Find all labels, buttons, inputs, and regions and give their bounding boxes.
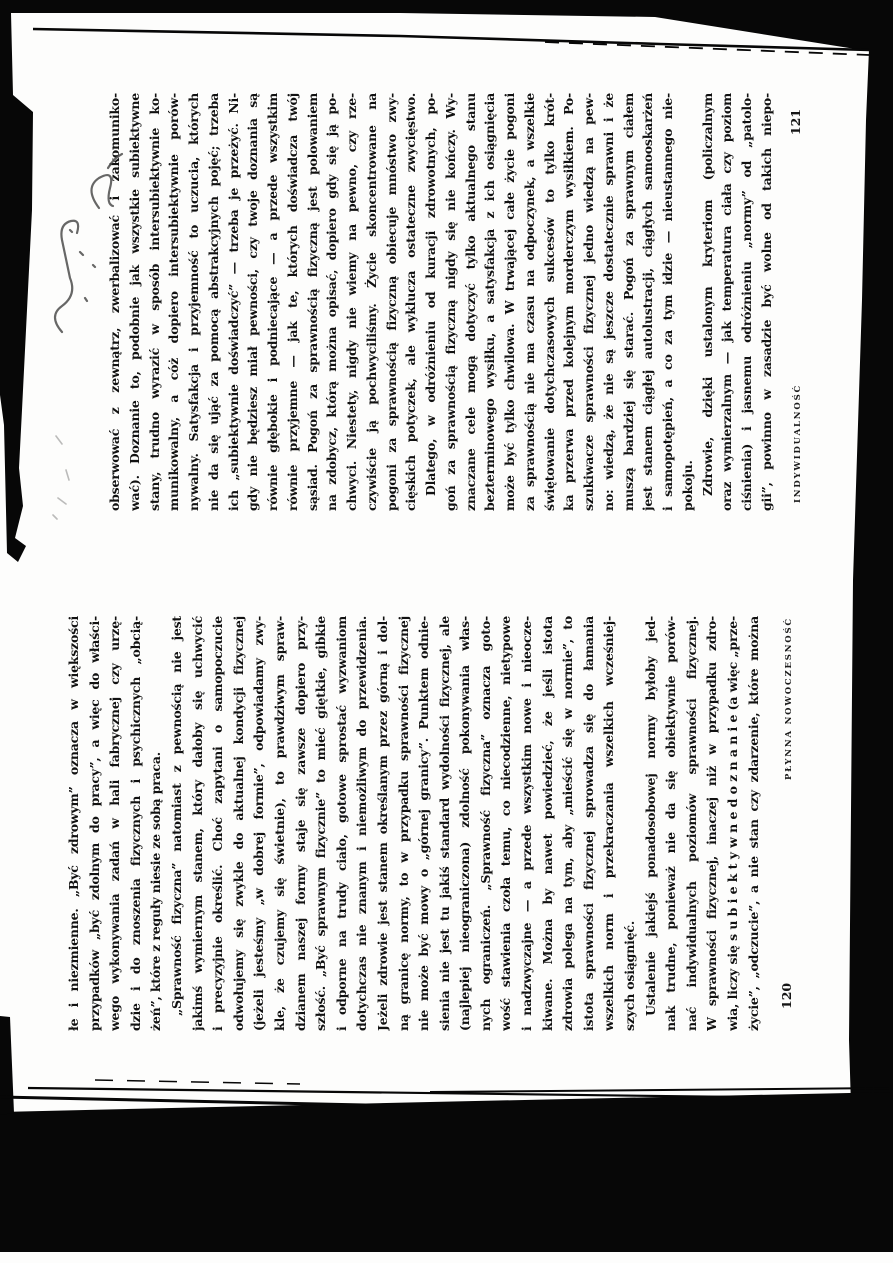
text-line: wego wykonywania zadań w hali fabrycznej… [105, 616, 126, 1031]
text-line: chwyci. Niestety, nigdy nie wiemy na pew… [342, 93, 362, 511]
text-line: stany, trudno wyrazić w sposób intersubi… [145, 93, 165, 511]
text-line: wia, liczy się s u b i e k t y w n e d o… [723, 616, 744, 1031]
text-line: jakimś wymiernym stanem, który dałoby si… [188, 616, 209, 1031]
page-120-footer: 120 PŁYNNA NOWOCZESNOŚĆ [779, 616, 794, 1031]
page-121-text-column: obserwować z zewnątrz, zwerbalizować i z… [105, 93, 777, 511]
text-line: Ustalenie jakiejś ponadosobowej normy by… [641, 616, 662, 1031]
text-line: ka przerwa przed kolejnym morderczym wys… [559, 93, 579, 511]
text-line: na zdobycz, którą można opisać, dopiero … [322, 93, 342, 511]
text-line: wać). Doznanie to, podobnie jak wszystki… [125, 93, 145, 511]
text-line: sąsiad. Pogoń za sprawnością fizyczną je… [303, 93, 323, 511]
text-line: może być tylko chwilowa. W trwającej cał… [500, 93, 520, 511]
text-line: równie przyjemne — jak te, których doświ… [283, 93, 303, 511]
text-line: gdy nie będziesz miał pewności, czy twoj… [243, 93, 263, 511]
running-head: INDYWIDUALNOŚĆ [793, 384, 803, 503]
page-edge-line-top [33, 29, 869, 50]
scan-border-left [0, 13, 33, 562]
text-line: nywalny. Satysfakcja i przyjemność to uc… [184, 93, 204, 511]
page-120: łe i niezmienne. „Być zdrowym” oznacza w… [64, 616, 809, 1031]
text-line: pokoju. [678, 93, 698, 511]
page-number: 120 [779, 983, 794, 1009]
running-head: PŁYNNA NOWOCZESNOŚĆ [784, 617, 794, 780]
text-line: nie da się ująć za pomocą abstrakcyjnych… [204, 93, 224, 511]
text-line: cięskich potyczek, ale wyklucza ostatecz… [401, 93, 421, 511]
text-line: Zdrowie, dzięki ustalonym kryteriom (pol… [698, 93, 718, 511]
text-line: „Sprawność fizyczna” natomiast z pewnośc… [167, 616, 188, 1031]
text-line: łe i niezmienne. „Być zdrowym” oznacza w… [64, 616, 85, 1031]
book-scan-page: obserwować z zewnątrz, zwerbalizować i z… [0, 0, 893, 1263]
text-line: obserwować z zewnątrz, zwerbalizować i z… [105, 93, 125, 511]
scan-border-top [0, 0, 893, 55]
text-line: ną granicę normy, to w przypadku sprawno… [394, 616, 415, 1031]
text-line: przypadków „być zdolnym do pracy”, a wię… [85, 616, 106, 1031]
text-line: za sprawnością nie ma czasu na odpoczyne… [520, 93, 540, 511]
text-line: kle, że czujemy się świetnie), to prawdz… [270, 616, 291, 1031]
text-line: świętowanie dotychczasowych sukcesów to … [540, 93, 560, 511]
text-line: kiwane. Można by nawet powiedzieć, że je… [538, 616, 559, 1031]
text-line: no: wiedzą, że nie są jeszcze dostateczn… [599, 93, 619, 511]
page-edge-line-bottom-2 [0, 1097, 365, 1105]
text-line: istota sprawności fizycznej sprowadza si… [579, 616, 600, 1031]
page-number: 121 [788, 109, 803, 135]
text-line: szych osiągnięć. [620, 616, 641, 1031]
text-line: i odporne na trudy ciało, gotowe sprosta… [332, 616, 353, 1031]
text-line: muszą bardziej się starać. Pogoń za spra… [619, 93, 639, 511]
text-line: munikowalny, a cóż dopiero intersubiekty… [164, 93, 184, 511]
text-line: Dlatego, w odróżnieniu od kuracji zdrowo… [421, 93, 441, 511]
text-line: żeń”, które z reguły niesie ze sobą prac… [146, 616, 167, 1031]
text-line: wszelkich norm i przekraczania wszelkich… [599, 616, 620, 1031]
text-line: ich „subiektywnie doświadczyć” — trzeba … [224, 93, 244, 511]
scan-border-bottom-left [0, 1016, 14, 1115]
text-line: oraz wymierzalnym — jak temperatura ciał… [717, 93, 737, 511]
text-line: życie”, „odczucie”, a nie stan czy zdarz… [744, 616, 765, 1031]
scan-border-bottom [0, 1092, 893, 1252]
scan-border-right [849, 50, 893, 1106]
text-line: dzianem naszej formy staje się zawsze do… [291, 616, 312, 1031]
text-line: sienia nie jest tu jakiś standard wydoln… [435, 616, 456, 1031]
text-line: zdrowia polega na tym, aby „mieścić się … [558, 616, 579, 1031]
text-line: szłość. „Być sprawnym fizycznie” to mieć… [311, 616, 332, 1031]
text-line: dzie i do znoszenia fizycznych i psychic… [126, 616, 147, 1031]
text-line: odwołujemy się zwykle do aktualnej kondy… [229, 616, 250, 1031]
page-edge-line-top-2 [545, 42, 869, 55]
faint-pencil-marks [53, 436, 69, 519]
text-line: ciśnienia) i jasnemu odróżnieniu „normy”… [737, 93, 757, 511]
text-line: jest stanem ciągłej autolustracji, ciągł… [638, 93, 658, 511]
text-line: dotychczas nie znanym i niemożliwym do p… [352, 616, 373, 1031]
text-line: W sprawności fizycznej, inaczej niż w pr… [702, 616, 723, 1031]
page-edge-line-bottom-3 [430, 1088, 893, 1092]
text-line: znaczane cele mogą dotyczyć tylko aktual… [461, 93, 481, 511]
text-line: wość stawienia czoła temu, co niecodzien… [496, 616, 517, 1031]
text-line: gii”, powinno w zasadzie być wolne od ta… [757, 93, 777, 511]
text-line: i nadzwyczajne — a przede wszystkim nowe… [517, 616, 538, 1031]
page-edge-line-bottom-1 [28, 1088, 740, 1097]
text-line: (jeżeli jesteśmy „w dobrej formie”, odpo… [249, 616, 270, 1031]
text-line: równie głębokie i podniecające — a przed… [263, 93, 283, 511]
text-line: goń za sprawnością fizyczną nigdy się ni… [441, 93, 461, 511]
text-line: (najlepiej nieograniczona) zdolność poko… [455, 616, 476, 1031]
page-121-footer: INDYWIDUALNOŚĆ 121 [788, 93, 803, 511]
text-line: czywiście ją pochwyciliśmy. Życie skonce… [362, 93, 382, 511]
page-120-text-column: łe i niezmienne. „Być zdrowym” oznacza w… [64, 616, 766, 1031]
text-line: nie może być mowy o „górnej granicy”. Pu… [414, 616, 435, 1031]
text-line: i precyzyjnie określić. Choć zapytani o … [208, 616, 229, 1031]
text-line: pogoni za sprawnością fizyczną obiecuje … [382, 93, 402, 511]
text-line: i samopotępień, a co za tym idzie — nieu… [658, 93, 678, 511]
page-121: obserwować z zewnątrz, zwerbalizować i z… [105, 93, 820, 511]
text-line: nać indywidualnych poziomów sprawności f… [682, 616, 703, 1031]
text-line: bezterminowego wysiłku, a satysfakcja z … [480, 93, 500, 511]
text-line: nych ograniczeń. „Sprawność fizyczna” oz… [476, 616, 497, 1031]
text-line: nak trudne, ponieważ nie da się obiektyw… [661, 616, 682, 1031]
text-line: Jeżeli zdrowie jest stanem określanym pr… [373, 616, 394, 1031]
text-line: szukiwacze sprawności fizycznej jedno wi… [579, 93, 599, 511]
page-edge-line-bottom-4 [95, 1080, 300, 1084]
